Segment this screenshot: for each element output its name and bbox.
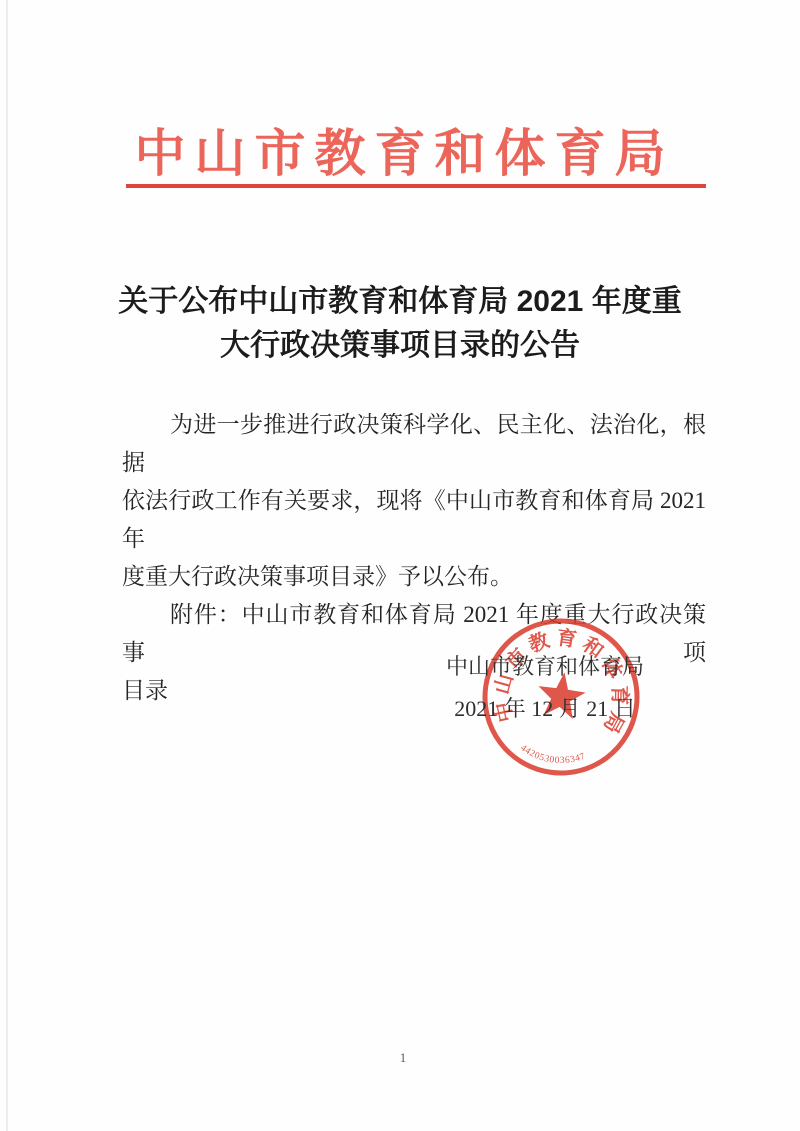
issuing-org-header: 中山市教育和体育局 [0, 112, 800, 186]
document-title: 关于公布中山市教育和体育局 2021 年度重 大行政决策事项目录的公告 [0, 280, 800, 368]
document-page: 中山市教育和体育局 关于公布中山市教育和体育局 2021 年度重 大行政决策事项… [0, 0, 800, 1131]
signature-block: 中山市教育和体育局 2021 年 12 月 21 日 [415, 646, 675, 730]
body-line-2: 依法行政工作有关要求，现将《中山市教育和体育局 2021 年 [122, 482, 706, 558]
document-title-line-2: 大行政决策事项目录的公告 [0, 324, 800, 368]
body-line-1: 为进一步推进行政决策科学化、民主化、法治化，根据 [122, 406, 706, 482]
body-line-3: 度重大行政决策事项目录》予以公布。 [122, 558, 706, 596]
signature-date: 2021 年 12 月 21 日 [415, 688, 675, 730]
page-number: 1 [0, 1050, 800, 1066]
signature-org: 中山市教育和体育局 [415, 646, 675, 688]
header-divider-rule [126, 184, 706, 188]
document-title-line-1: 关于公布中山市教育和体育局 2021 年度重 [0, 280, 800, 324]
